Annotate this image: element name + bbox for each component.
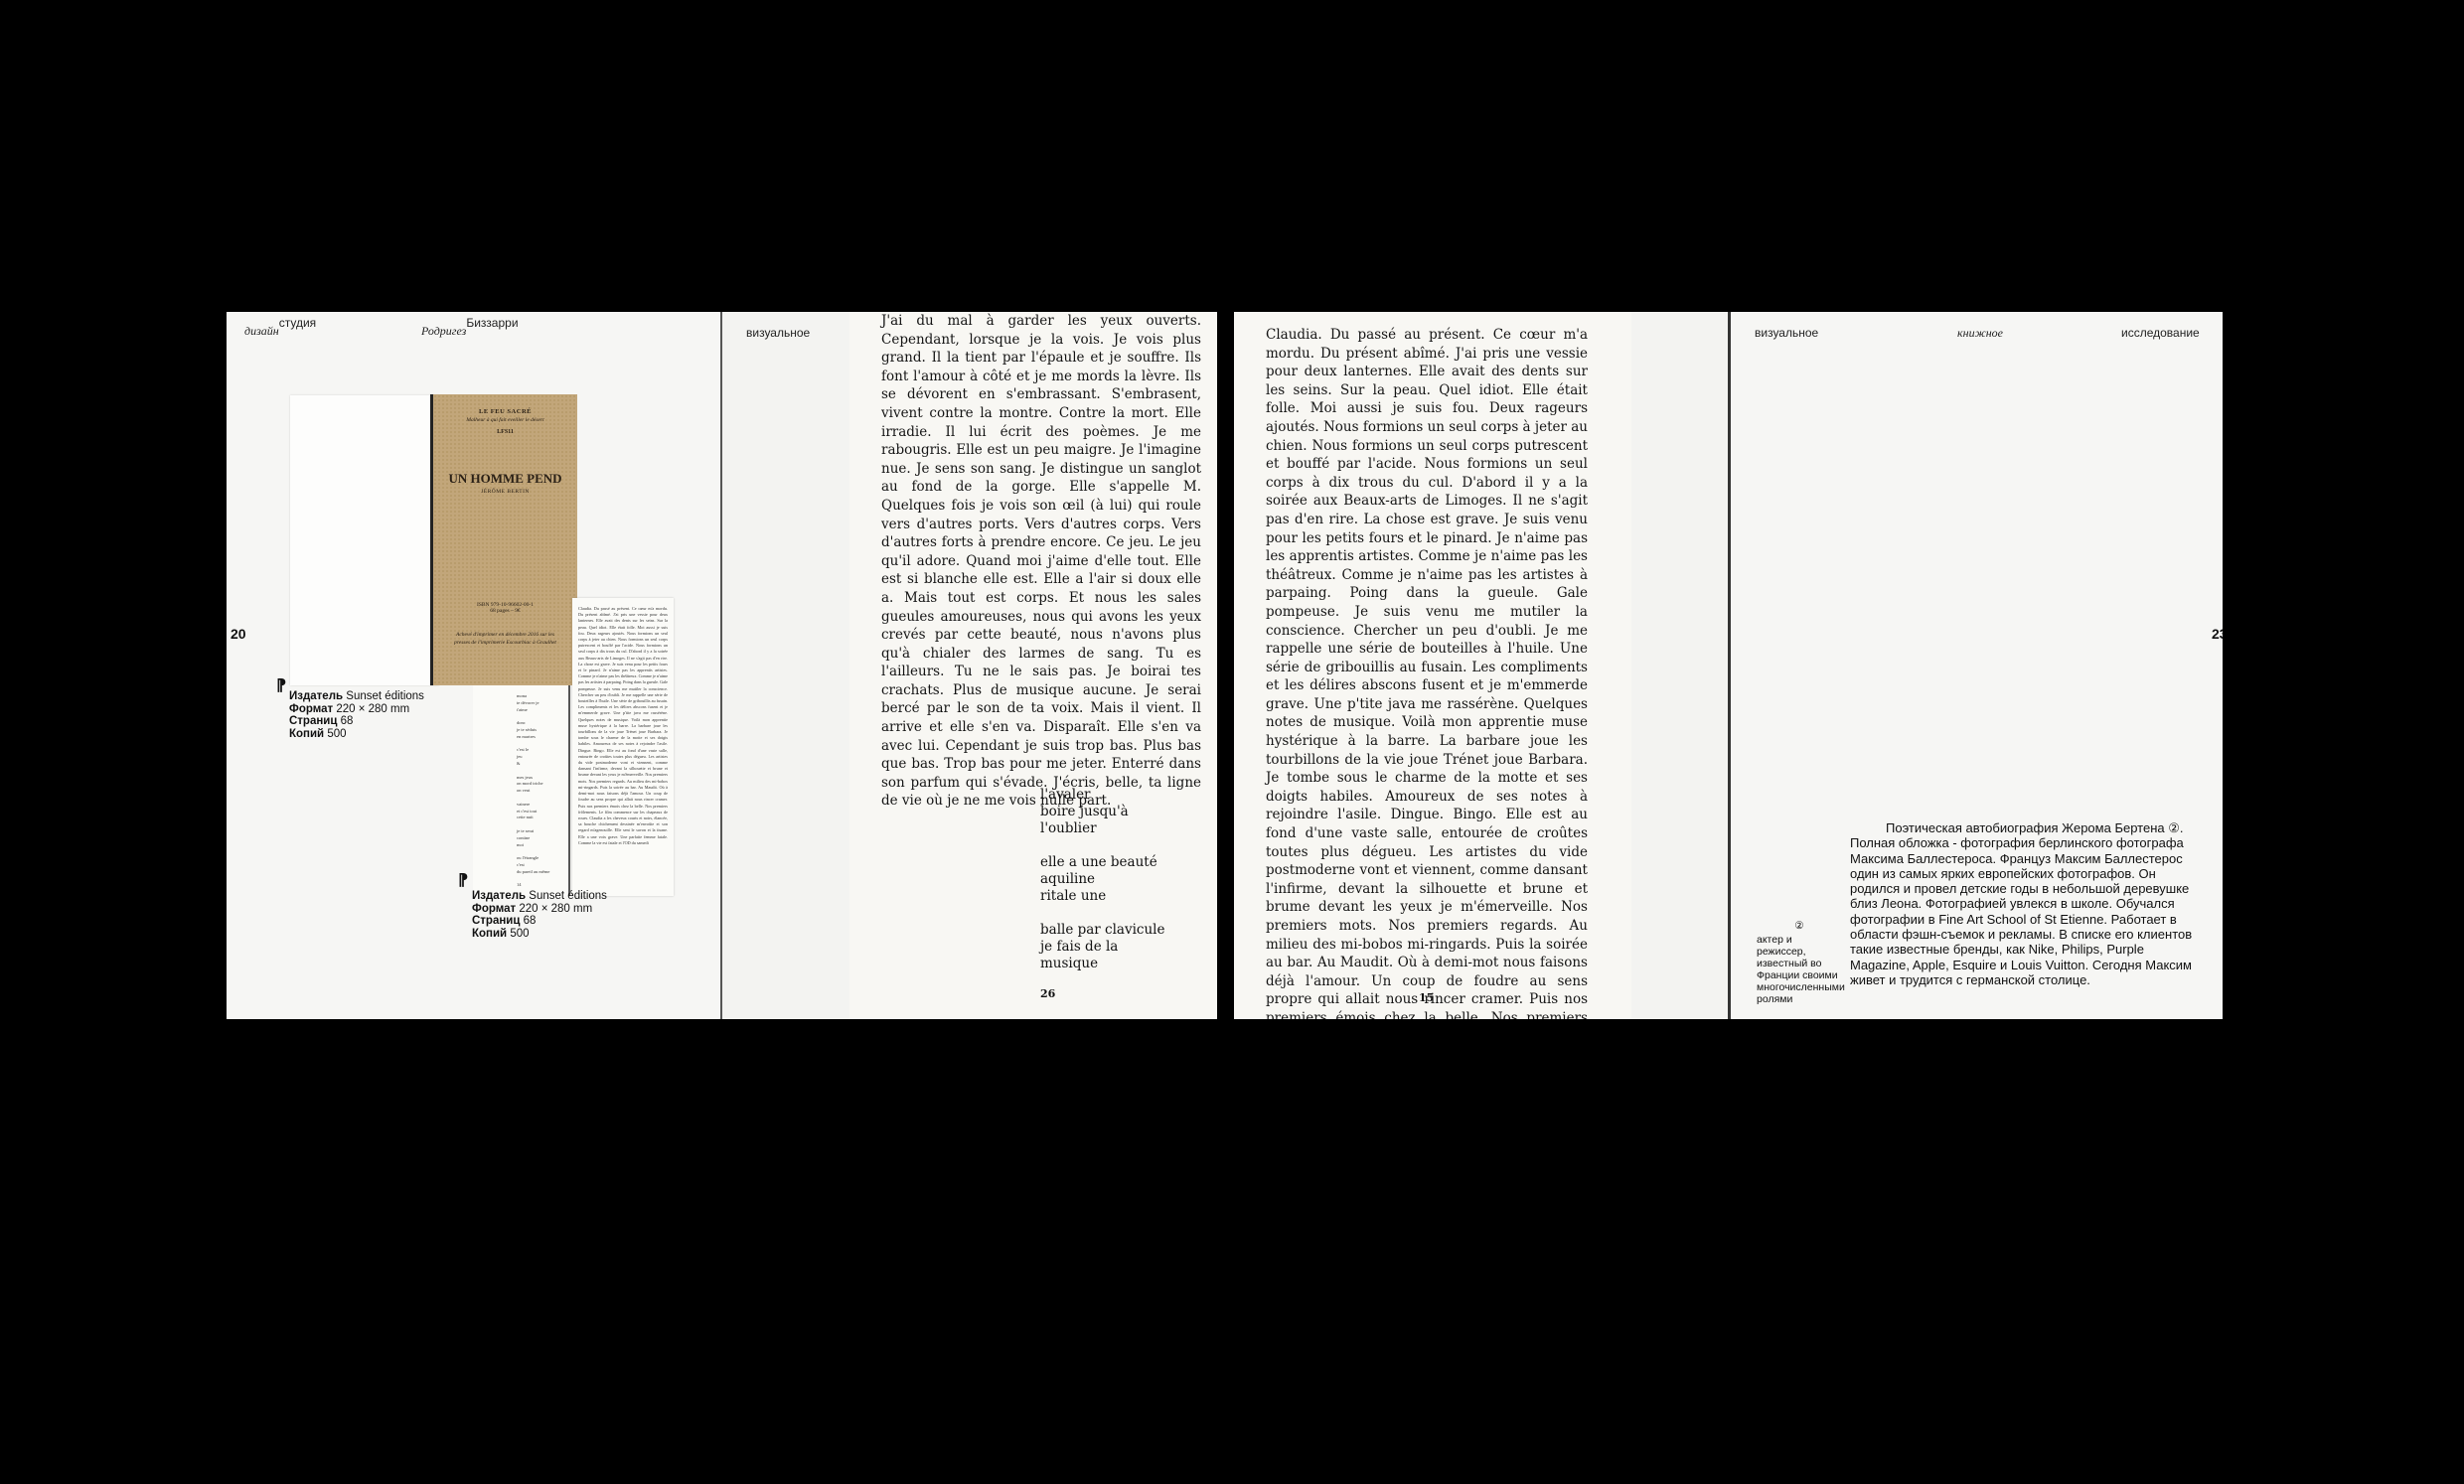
mini-poem-line: 14 — [517, 882, 568, 889]
mini-poem-line: je te séduis — [517, 727, 568, 734]
folio-left: 20 — [231, 626, 246, 642]
caption-2: Издатель Sunset éditions Формат 220 × 28… — [472, 890, 607, 940]
mini-poem-line: en martres — [517, 734, 568, 741]
mini-poem-line — [517, 768, 568, 775]
footnote-text: актер и режиссер, известный во Франции с… — [1757, 934, 1842, 1005]
caption-1-publisher: Издатель Sunset éditions — [289, 690, 424, 703]
caption-2-publisher: Издатель Sunset éditions — [472, 890, 607, 903]
mini-poem-lines: monate dévorer jet'aimedoncje te séduise… — [517, 693, 568, 889]
right-spread-page: визуальное книжное исследование 23 ② акт… — [1728, 312, 2223, 1019]
header-research: исследование — [2121, 326, 2200, 340]
book-back-cover — [290, 395, 439, 685]
cover-title: UN HOMME PEND — [433, 471, 577, 487]
mini-text-page: Claudia. Du passé au présent. Ce cœur m'… — [572, 598, 674, 896]
mini-text-body: Claudia. Du passé au présent. Ce cœur m'… — [578, 606, 668, 846]
mini-poem-line: on veut — [517, 788, 568, 795]
mini-poem-line — [517, 741, 568, 748]
mini-poem-line: mona — [517, 693, 568, 700]
folio-right: 23 — [2212, 626, 2223, 642]
cover-code: LFS11 — [433, 429, 577, 435]
header-visual-right: визуальное — [1755, 326, 1818, 340]
mini-poem-line: vainere — [517, 802, 568, 809]
text-page-15: Claudia. Du passé au présent. Ce cœur m'… — [1234, 312, 1631, 1019]
mini-poem-line: donc — [517, 720, 568, 727]
mini-poem-line: mes jeux — [517, 775, 568, 782]
caption-2-pages: Страниц 68 — [472, 915, 607, 928]
mini-poem-line: et c'est tout — [517, 809, 568, 816]
poem-stanza-2: elle a une beautéaquilineritale une — [1040, 854, 1164, 905]
folio-26: 26 — [1040, 987, 1055, 1000]
header-designer: РодригезБиззарри — [421, 324, 519, 339]
cover-author: JÉRÔME BERTIN — [433, 489, 577, 495]
mini-poem-line — [517, 848, 568, 855]
footnote: ② актер и режиссер, известный во Франции… — [1757, 920, 1842, 1005]
mini-poem-line: jeu — [517, 754, 568, 761]
mini-poem-line — [517, 876, 568, 883]
caption-2-format: Формат 220 × 280 mm — [472, 903, 607, 916]
footnote-marker: ② — [1757, 920, 1842, 932]
text-page-26-body: Mort le colon, bénie à sabots. Je pétill… — [881, 312, 1201, 811]
mini-poem-line — [517, 821, 568, 828]
poem-block: l'avalerboire jusqu'àl'oublier elle a un… — [1040, 787, 1164, 989]
book-cover-image: LE FEU SACRÉ Malheur à qui fait eveiller… — [430, 394, 577, 685]
mini-poem-line — [517, 795, 568, 802]
mini-poem-line: c'est — [517, 862, 568, 869]
mini-poem-line: c'est le — [517, 747, 568, 754]
header-designer-italic: Родригез — [421, 324, 466, 338]
mini-poem-line — [517, 713, 568, 720]
header-visual: визуальное — [746, 326, 810, 340]
mini-poem-line: moi — [517, 842, 568, 849]
left-spread-page: дизайнстудия РодригезБиззарри 20 LE FEU … — [227, 312, 720, 1019]
bio-paragraph: Поэтическая автобиография Жерома Бертена… — [1850, 820, 2193, 987]
caption-2-copies: Копий 500 — [472, 928, 607, 941]
text-page-15-body: Claudia. Du passé au présent. Ce cœur m'… — [1266, 326, 1588, 1019]
mini-poem-page: monate dévorer jet'aimedoncje te séduise… — [473, 685, 570, 896]
header-studio-italic: дизайн — [244, 324, 279, 338]
caption-1: Издатель Sunset éditions Формат 220 × 28… — [289, 690, 424, 740]
mini-poem-line: cette nuit — [517, 815, 568, 821]
poem-stanza-3: balle par claviculeje fais de lamusique — [1040, 922, 1164, 972]
middle-right-page — [1631, 312, 1728, 1019]
cover-series: LE FEU SACRÉ — [433, 408, 577, 415]
cover-colophon: Achevé d'imprimer en décembre 2016 sur l… — [451, 632, 559, 647]
pilcrow-mark-icon: ⁋ — [276, 675, 286, 695]
text-page-26: Mort le colon, bénie à sabots. Je pétill… — [849, 312, 1217, 1019]
text-page-26-paragraph: J'ai du mal à garder les yeux ouverts. C… — [881, 312, 1201, 811]
caption-1-pages: Страниц 68 — [289, 715, 424, 728]
mini-poem-line: te dévorer je — [517, 700, 568, 707]
folio-15: 15 — [1419, 991, 1434, 1004]
mini-poem-line: & — [517, 761, 568, 768]
header-designer-sup: Биззарри — [466, 316, 518, 330]
mini-poem-line: contine — [517, 835, 568, 842]
cover-price: 68 pages – 9€ — [433, 608, 577, 614]
mini-poem-line: on mord triche — [517, 781, 568, 788]
header-book: книжное — [1957, 326, 2003, 341]
caption-1-copies: Копий 500 — [289, 728, 424, 741]
mini-poem-line: ou l'étrangle — [517, 855, 568, 862]
pilcrow-mark-icon: ⁋ — [458, 870, 468, 890]
header-studio: дизайнстудия — [244, 324, 316, 339]
caption-1-format: Формат 220 × 280 mm — [289, 703, 424, 716]
poem-stanza-1: l'avalerboire jusqu'àl'oublier — [1040, 787, 1164, 837]
cover-motto: Malheur à qui fait eveiller le désert — [433, 417, 577, 423]
header-studio-sup: студия — [279, 316, 316, 330]
mini-poem-line: je te serai — [517, 828, 568, 835]
middle-left-page: визуальное — [720, 312, 851, 1019]
mini-poem-line: t'aime — [517, 707, 568, 714]
mini-poem-line: du pareil au même — [517, 869, 568, 876]
